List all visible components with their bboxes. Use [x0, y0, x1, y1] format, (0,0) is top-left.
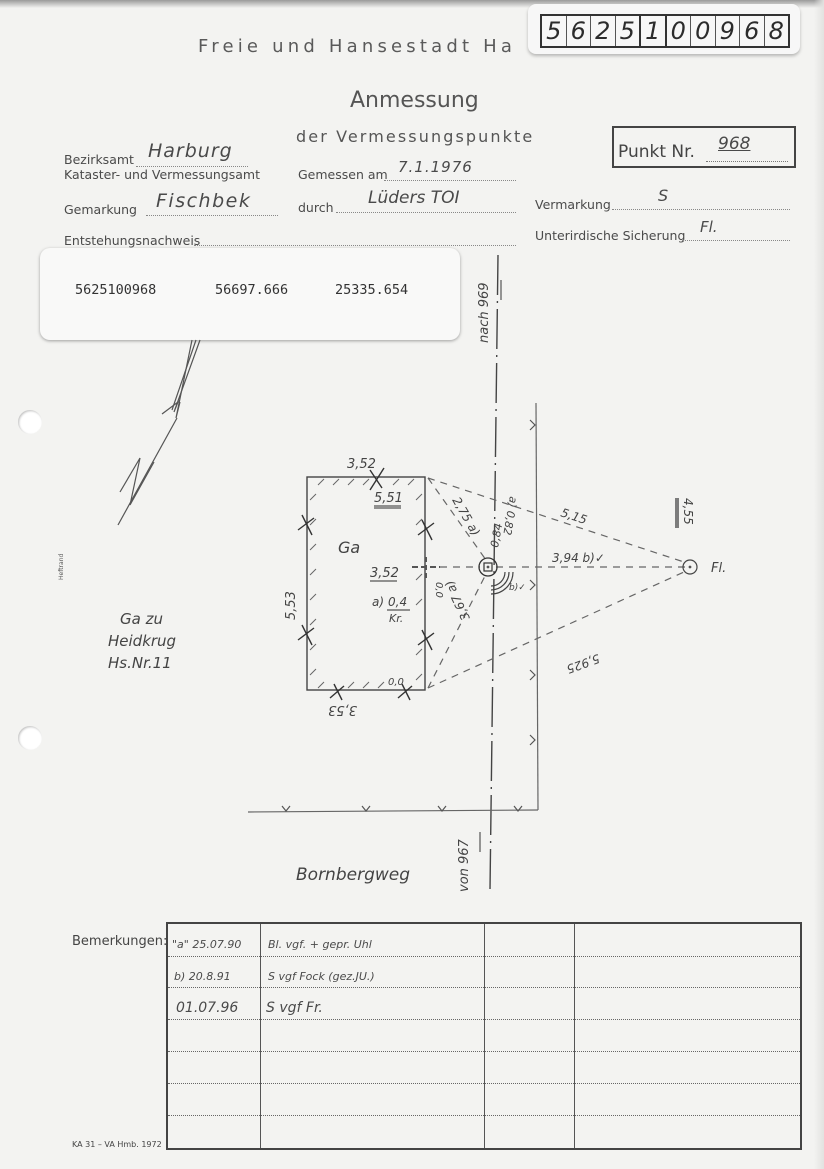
row-divider — [168, 1083, 800, 1084]
measure-center: 3,52 — [370, 566, 399, 581]
note-line: Ga zu — [120, 610, 163, 628]
measure-zero-bottom: 0,0 — [388, 677, 404, 688]
measure-bottom-width: 3,53 — [328, 702, 357, 717]
measure-top-inner: 5,51 — [374, 491, 403, 506]
remarks-table: "a" 25.07.90 Bl. vgf. + gepr. Uhl b) 20.… — [166, 922, 802, 1150]
fl-offset: 4,55 — [681, 498, 695, 525]
remark-text: S vgf Fock (gez.JU.) — [268, 970, 375, 983]
measure-horizontal: 3,94 b)✓ — [552, 551, 605, 565]
to-point-label: nach 969 — [477, 282, 492, 343]
row-divider — [168, 987, 800, 988]
remarks-label: Bemerkungen: — [72, 934, 167, 949]
a-note-value: 0,4 — [388, 595, 407, 609]
fl-label: Fl. — [711, 561, 726, 576]
measure-far-upper: 5,15 — [559, 506, 589, 528]
building-label: Ga — [338, 538, 360, 557]
remark-text: Bl. vgf. + gepr. Uhl — [268, 938, 372, 951]
street-name: Bornbergweg — [296, 865, 410, 885]
remark-date: 01.07.96 — [176, 1000, 238, 1016]
form-code: KA 31 – VA Hmb. 1972 — [72, 1140, 162, 1149]
row-divider — [168, 1051, 800, 1052]
north-arrow-icon — [118, 340, 200, 525]
a-note-unit: Kr. — [389, 612, 403, 625]
angle-note: b)✓ — [509, 583, 526, 593]
remark-text: S vgf Fr. — [266, 1000, 323, 1016]
row-divider — [168, 1019, 800, 1020]
a-note-prefix: a) — [372, 595, 384, 609]
measure-diag-lower: 3,67 a) — [442, 578, 473, 623]
note-line: Hs.Nr.11 — [108, 654, 172, 672]
from-point-label: von 967 — [457, 838, 472, 892]
remark-date: "a" 25.07.90 — [172, 938, 241, 951]
measure-top-width: 3,52 — [347, 457, 376, 472]
row-divider — [168, 956, 800, 957]
measure-vert-b: 0,84 — [488, 522, 505, 548]
row-divider — [168, 1115, 800, 1116]
remark-date: b) 20.8.91 — [174, 970, 231, 983]
measure-far-lower: 5,925 — [565, 651, 602, 676]
note-line: Heidkrug — [108, 632, 176, 650]
measure-left-height: 5,53 — [284, 591, 299, 620]
